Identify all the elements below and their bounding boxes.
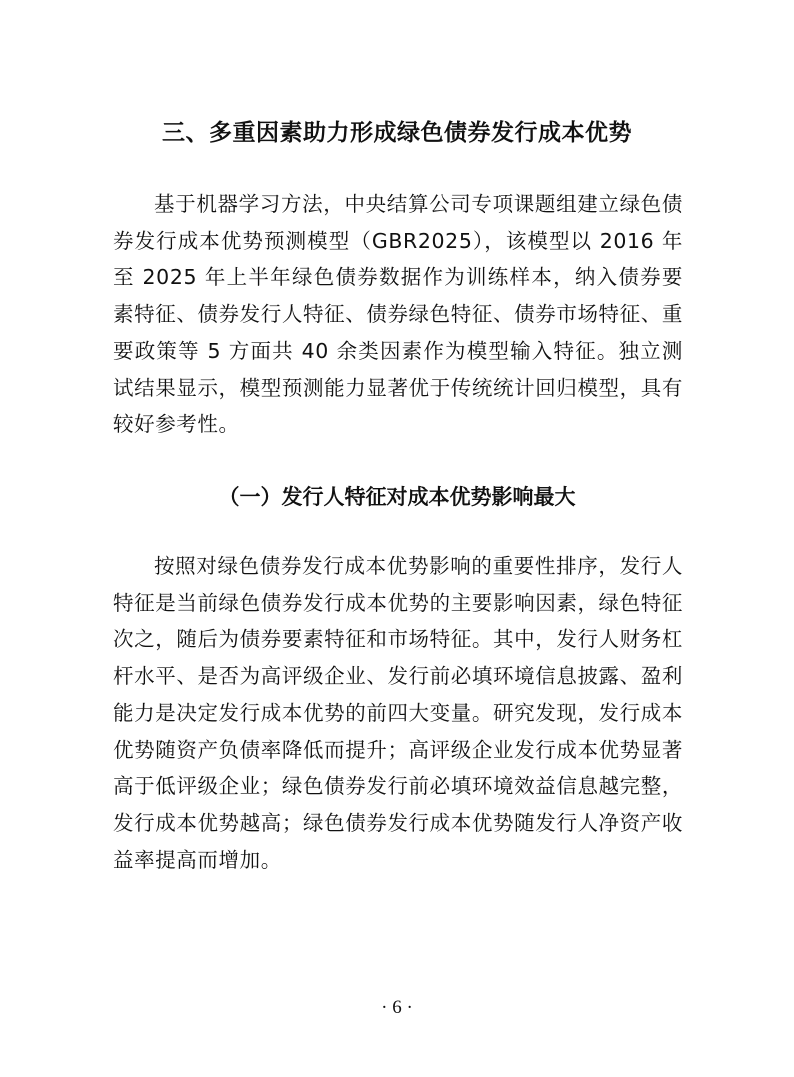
page-number: · 6 · <box>0 995 794 1021</box>
document-page: 三、多重因素助力形成绿色债券发行成本优势 基于机器学习方法，中央结算公司专项课题… <box>0 0 794 1077</box>
subsection-title: （一）发行人特征对成本优势影响最大 <box>0 479 794 515</box>
paragraph-model-description: 基于机器学习方法，中央结算公司专项课题组建立绿色债券发行成本优势预测模型（GBR… <box>113 186 683 443</box>
paragraph-issuer-characteristics: 按照对绿色债券发行成本优势影响的重要性排序，发行人特征是当前绿色债券发行成本优势… <box>113 548 683 878</box>
section-title: 三、多重因素助力形成绿色债券发行成本优势 <box>0 114 794 152</box>
